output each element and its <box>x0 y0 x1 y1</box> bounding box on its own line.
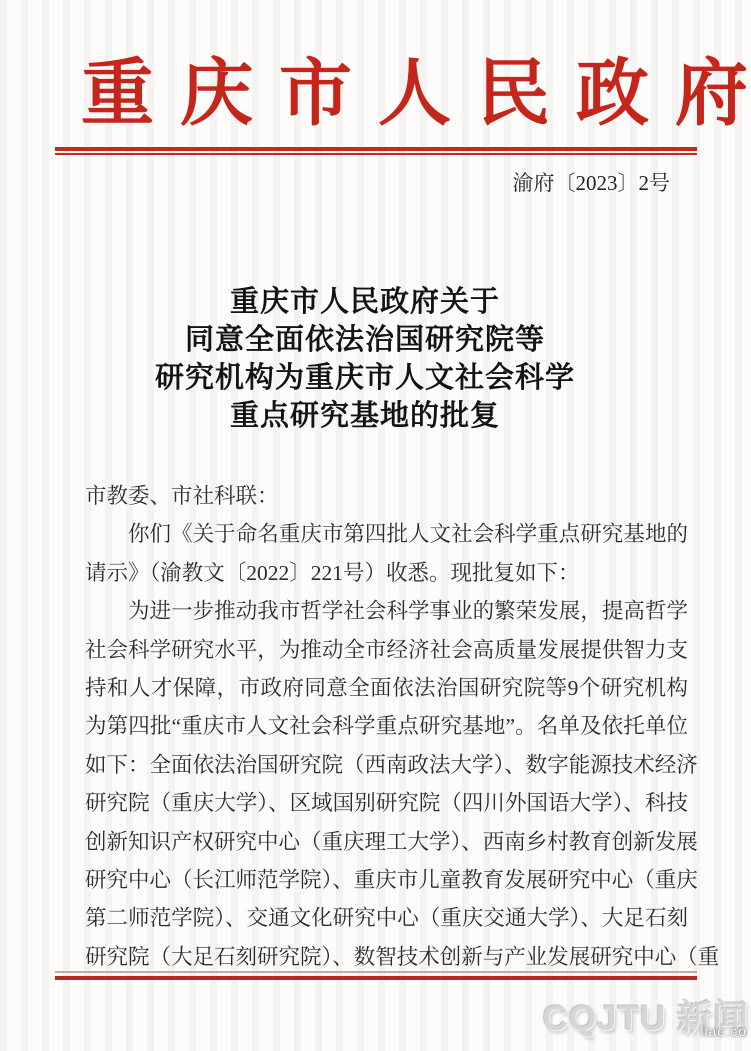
body-line: 第二师范学院）、交通文化研究中心（重庆交通大学）、大足石刻 <box>85 899 688 937</box>
title-line: 重庆市人民政府关于 <box>10 283 720 321</box>
body-line: 为第四批“重庆市人文社会科学重点研究基地”。名单及依托单位 <box>85 707 688 745</box>
title-line: 研究机构为重庆市人文社会科学 <box>10 359 720 397</box>
body-line: 研究中心（长江师范学院）、重庆市儿童教育发展研究中心（重庆 <box>85 861 688 899</box>
body-line: 持和人才保障，市政府同意全面依法治国研究院等9个研究机构 <box>85 669 688 707</box>
body-line: 社会科学研究水平，为推动全市经济社会高质量发展提供智力支 <box>85 631 688 669</box>
document-page: 重庆市人民政府 渝府〔2023〕2号 重庆市人民政府关于 同意全面依法治国研究院… <box>0 0 751 1051</box>
salutation-line: 市教委、市社科联： <box>85 477 688 515</box>
title-line: 同意全面依法治国研究院等 <box>10 321 720 359</box>
body-line: 请示》（渝教文〔2022〕221号）收悉。现批复如下： <box>85 554 688 592</box>
body-line: 创新知识产权研究中心（重庆理工大学）、西南乡村教育创新发展 <box>85 823 688 861</box>
title-line: 重点研究基地的批复 <box>10 397 720 435</box>
body-line: 为进一步推动我市哲学社会科学事业的繁荣发展，提高哲学 <box>85 592 688 630</box>
body-line: 你们《关于命名重庆市第四批人文社会科学重点研究基地的 <box>85 515 688 553</box>
bottom-divider-rule <box>55 971 697 980</box>
watermark-overlay-text: liac.co <box>700 1023 747 1039</box>
header-divider-rule <box>55 147 697 155</box>
document-body: 市教委、市社科联： 你们《关于命名重庆市第四批人文社会科学重点研究基地的 请示》… <box>85 477 688 976</box>
document-title: 重庆市人民政府关于 同意全面依法治国研究院等 研究机构为重庆市人文社会科学 重点… <box>10 283 720 435</box>
body-line: 如下：全面依法治国研究院（西南政法大学）、数字能源技术经济 <box>85 746 688 784</box>
body-line: 研究院（重庆大学）、区域国别研究院（四川外国语大学）、科技 <box>85 784 688 822</box>
agency-title: 重庆市人民政府 <box>55 52 697 136</box>
document-number: 渝府〔2023〕2号 <box>55 168 670 198</box>
